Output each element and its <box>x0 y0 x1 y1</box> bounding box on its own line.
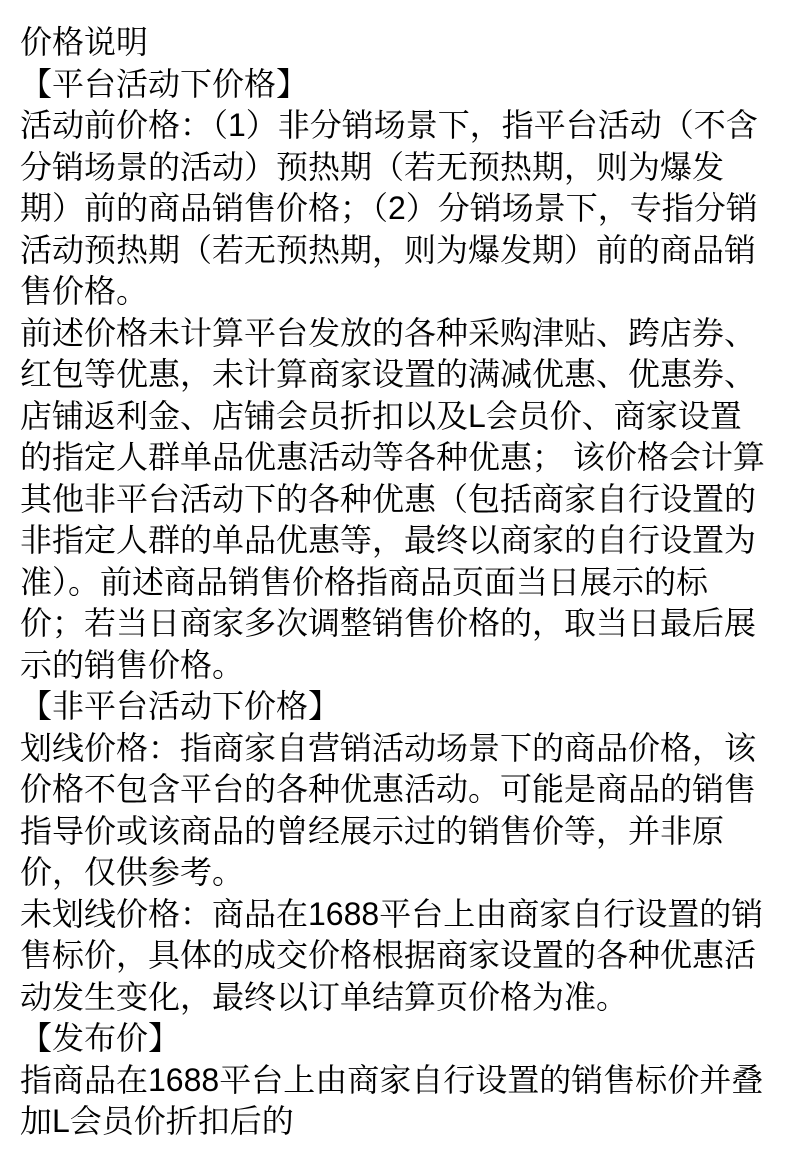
paragraph-publish-price: 指商品在1688平台上由商家自行设置的销售标价并叠加L会员价折扣后的 <box>20 1060 770 1143</box>
page-title: 价格说明 <box>20 22 770 64</box>
paragraph-pre-activity-price: 活动前价格：（1）非分销场景下，指平台活动（不含分销场景的活动）预热期（若无预热… <box>20 105 770 313</box>
section-heading-platform-activity: 【平台活动下价格】 <box>20 64 770 106</box>
paragraph-strikethrough-price: 划线价格：指商家自营销活动场景下的商品价格，该价格不包含平台的各种优惠活动。可能… <box>20 728 770 894</box>
paragraph-non-strikethrough-price: 未划线价格：商品在1688平台上由商家自行设置的销售标价，具体的成交价格根据商家… <box>20 894 770 1019</box>
section-heading-publish-price: 【发布价】 <box>20 1018 770 1060</box>
section-platform-activity-price: 【平台活动下价格】 活动前价格：（1）非分销场景下，指平台活动（不含分销场景的活… <box>20 64 770 687</box>
section-heading-non-platform-activity: 【非平台活动下价格】 <box>20 686 770 728</box>
section-publish-price: 【发布价】 指商品在1688平台上由商家自行设置的销售标价并叠加L会员价折扣后的 <box>20 1018 770 1143</box>
section-non-platform-activity-price: 【非平台活动下价格】 划线价格：指商家自营销活动场景下的商品价格，该价格不包含平… <box>20 686 770 1018</box>
price-explanation-document: 价格说明 【平台活动下价格】 活动前价格：（1）非分销场景下，指平台活动（不含分… <box>0 0 790 1164</box>
paragraph-price-calculation-rules: 前述价格未计算平台发放的各种采购津贴、跨店券、红包等优惠，未计算商家设置的满减优… <box>20 313 770 687</box>
